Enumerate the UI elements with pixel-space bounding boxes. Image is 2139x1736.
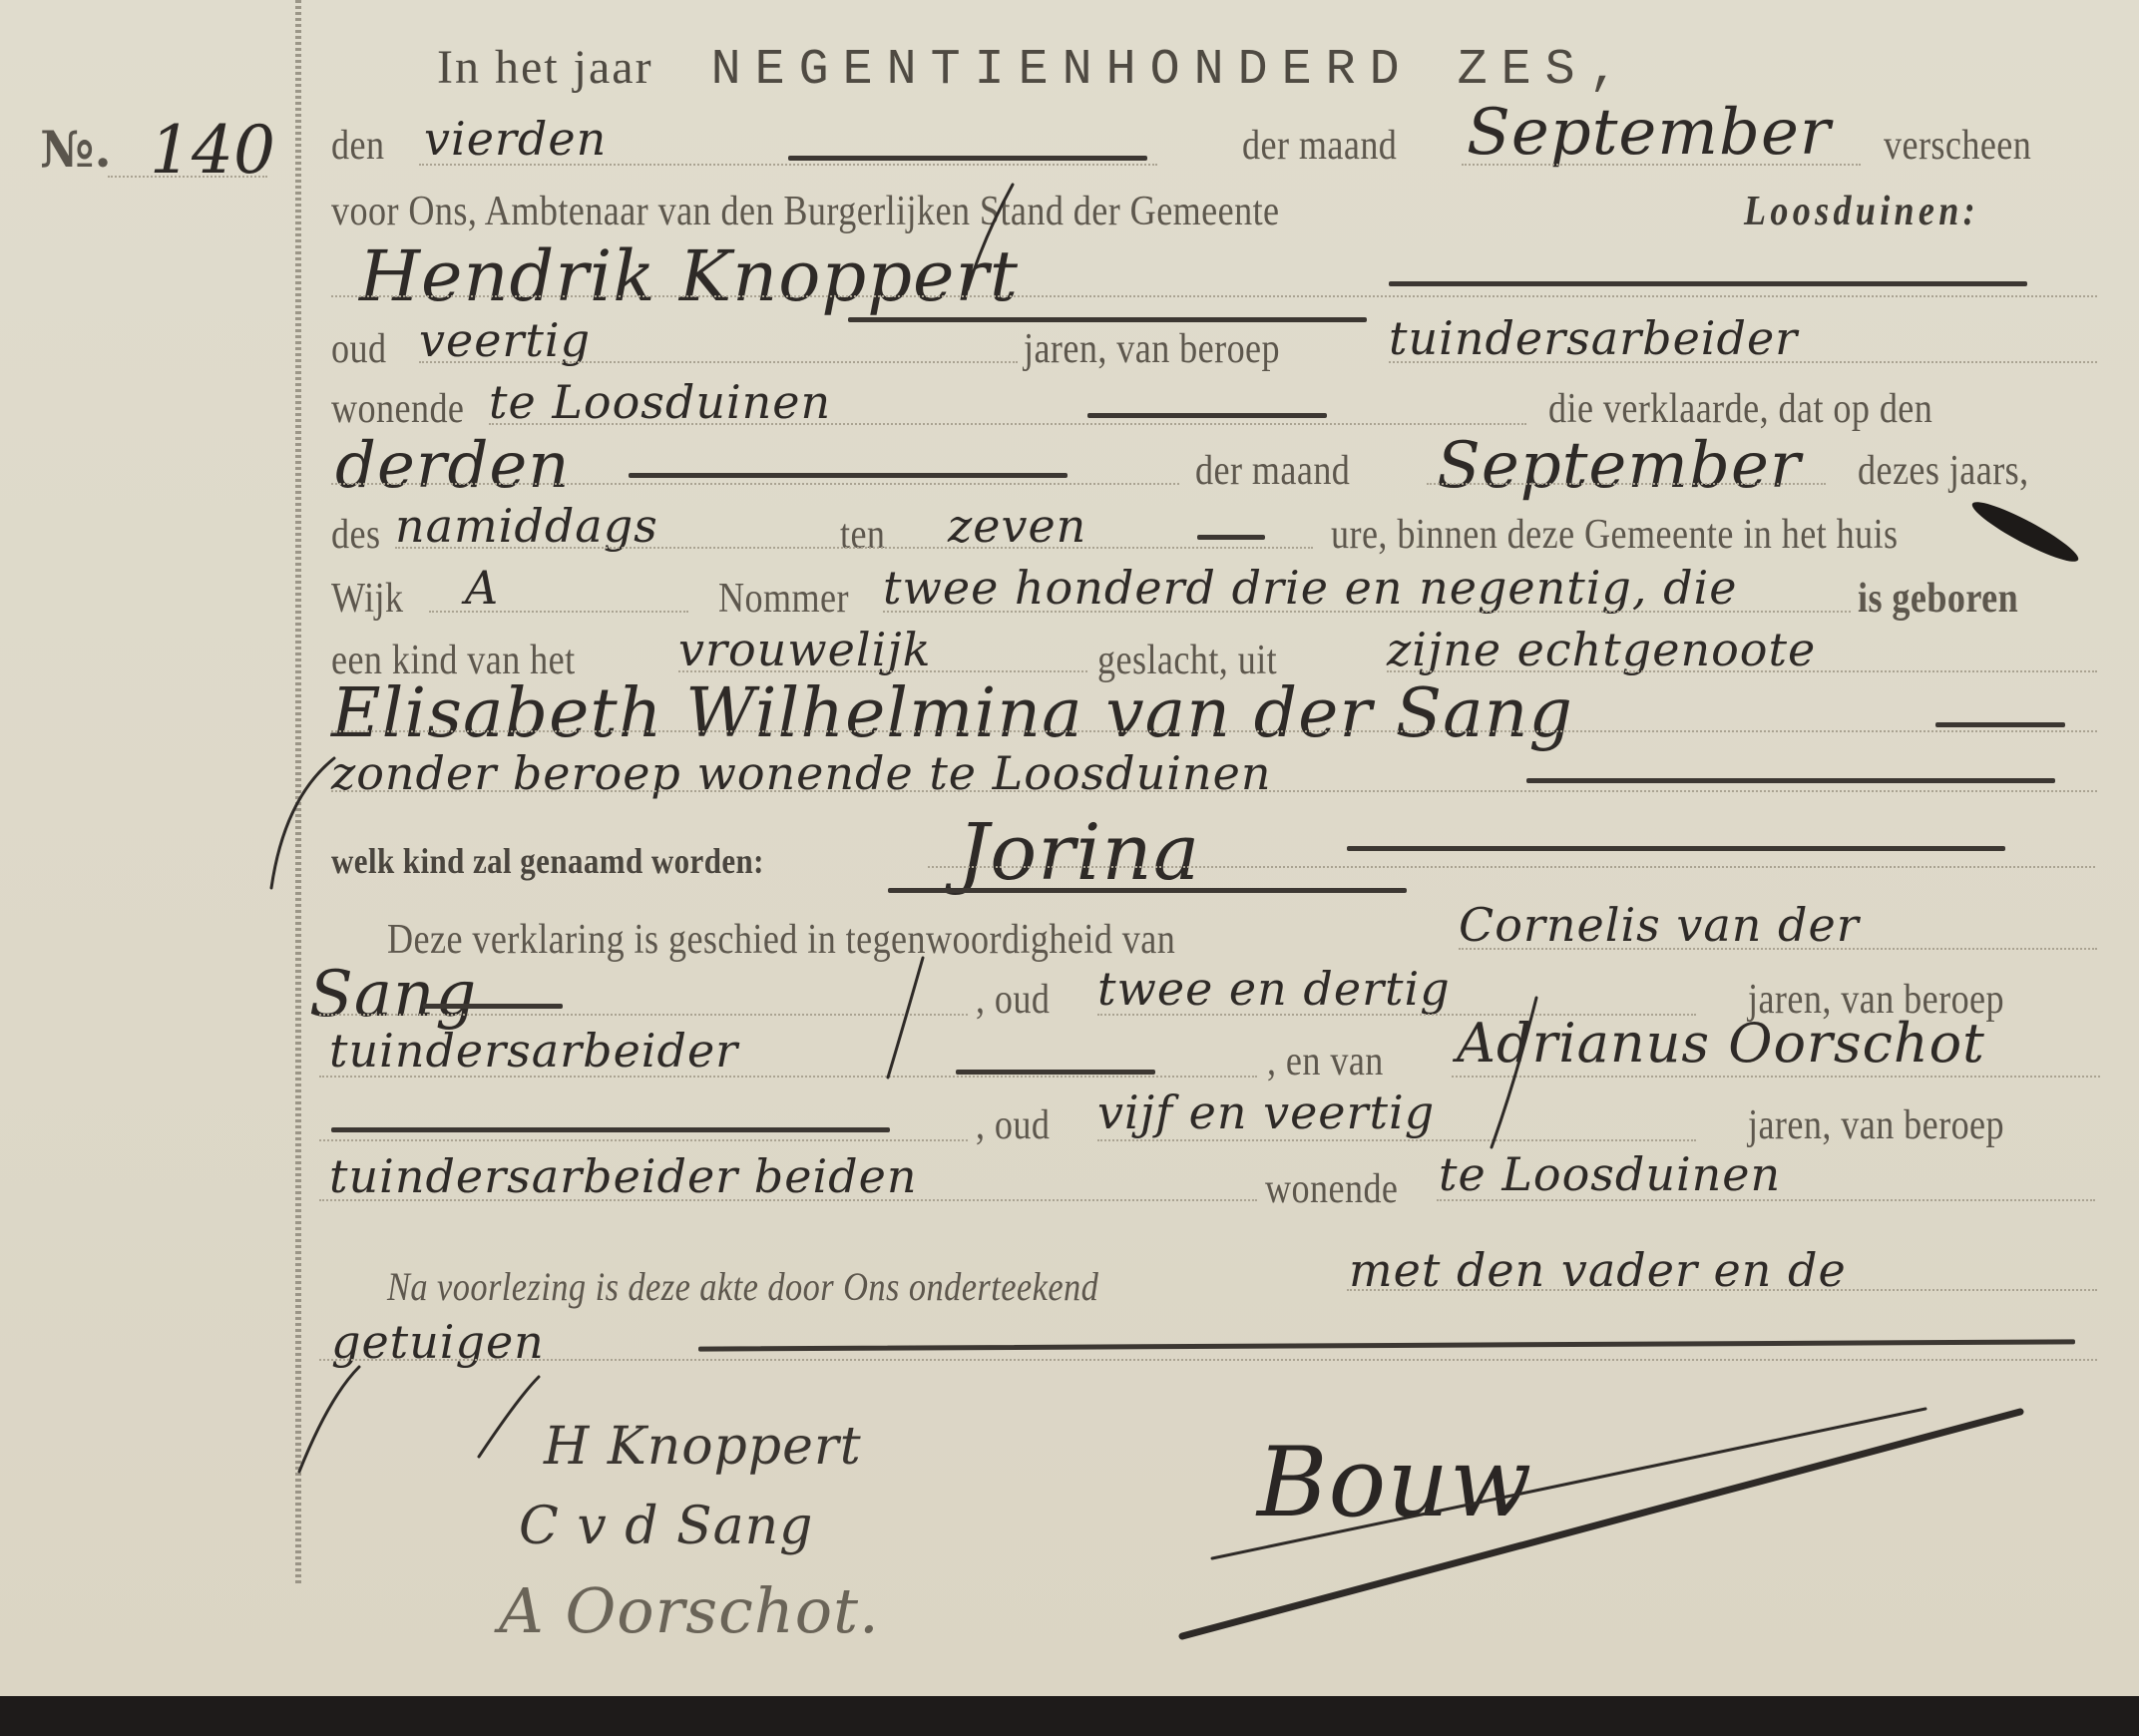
page-bottom-edge — [0, 1696, 2139, 1736]
pen-flourishes — [0, 0, 2139, 1696]
certificate-page: №. 140 In het jaar NEGENTIENHONDERD ZES,… — [0, 0, 2139, 1696]
